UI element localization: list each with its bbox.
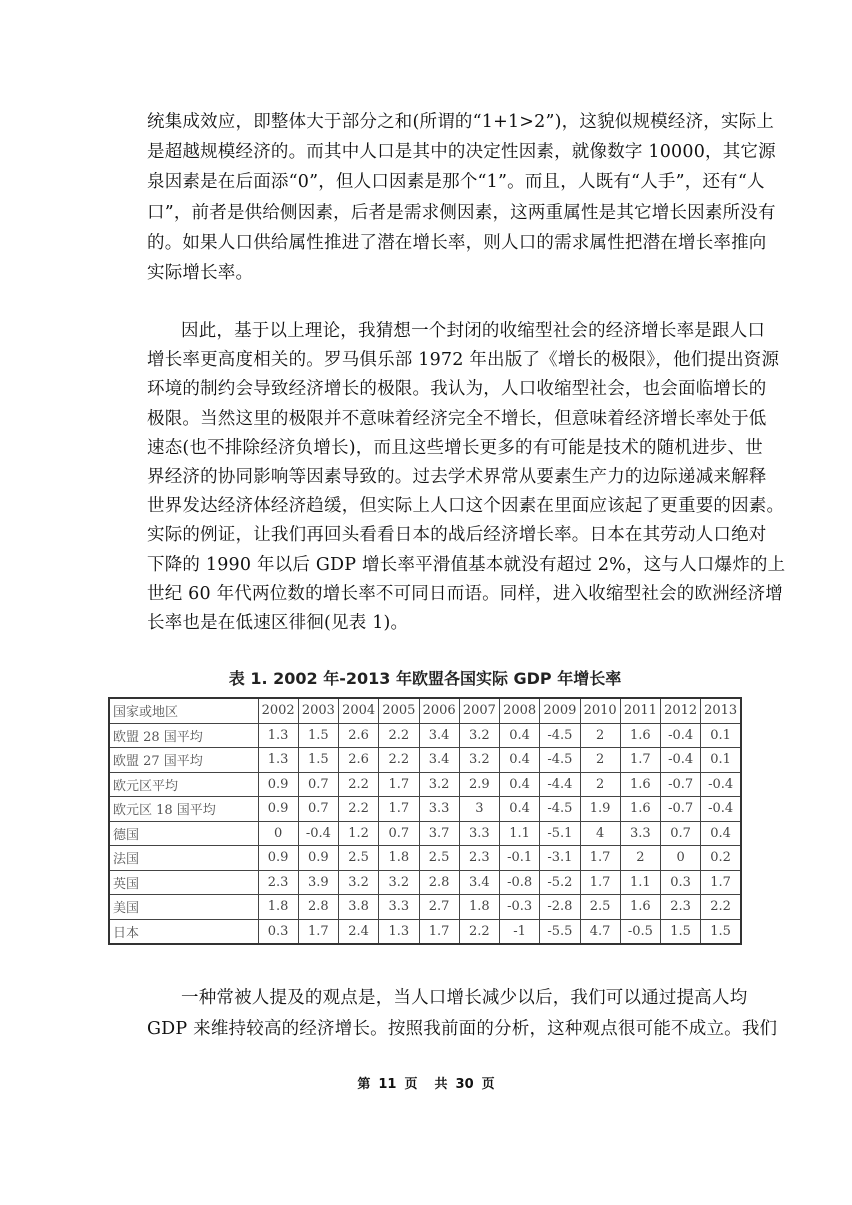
table-cell: 4.7: [580, 919, 620, 944]
table-cell: 0.4: [701, 821, 741, 846]
row-label: 欧盟 27 国平均: [109, 748, 258, 773]
table-cell: 2.5: [580, 895, 620, 920]
table-cell: 2: [580, 748, 620, 773]
table-cell: -0.7: [661, 797, 701, 822]
table-cell: 1.7: [298, 919, 338, 944]
table-row: 欧元区平均0.90.72.21.73.22.90.4-4.421.6-0.7-0…: [109, 772, 741, 797]
paragraph-line: 口”，前者是供给侧因素，后者是需求侧因素，这两重属性是其它增长因素所没有: [147, 202, 707, 224]
table-cell: 3.7: [419, 821, 459, 846]
table-row: 美国1.82.83.83.32.71.8-0.3-2.82.51.62.32.2: [109, 895, 741, 920]
table-cell: 3.4: [419, 748, 459, 773]
row-label: 美国: [109, 895, 258, 920]
header-cell-year: 2007: [459, 698, 499, 723]
table-cell: 2: [620, 846, 660, 871]
table-cell: 0: [661, 846, 701, 871]
header-cell-year: 2005: [379, 698, 419, 723]
table-cell: 1.6: [620, 895, 660, 920]
table-cell: 2.2: [339, 772, 379, 797]
table-cell: 1.5: [298, 748, 338, 773]
footer-total-prefix: 共: [435, 1077, 448, 1092]
table-cell: 0.3: [258, 919, 298, 944]
table-cell: -0.5: [620, 919, 660, 944]
table-cell: 0.9: [298, 846, 338, 871]
table-cell: 2.2: [379, 748, 419, 773]
row-label: 德国: [109, 821, 258, 846]
table-cell: 0.4: [500, 748, 540, 773]
table-cell: 0.7: [661, 821, 701, 846]
table-cell: 0.4: [500, 723, 540, 748]
table-cell: 1.5: [661, 919, 701, 944]
table-cell: -5.5: [540, 919, 580, 944]
table-row: 欧盟 27 国平均1.31.52.62.23.43.20.4-4.521.7-0…: [109, 748, 741, 773]
table-cell: 2.4: [339, 919, 379, 944]
table-cell: 0.7: [379, 821, 419, 846]
paragraph-line: 实际增长率。: [147, 262, 707, 284]
table-cell: 3: [459, 797, 499, 822]
row-label: 日本: [109, 919, 258, 944]
table-cell: 0.9: [258, 772, 298, 797]
table-cell: -4.5: [540, 748, 580, 773]
table-cell: -4.5: [540, 723, 580, 748]
table-cell: -0.3: [500, 895, 540, 920]
table-cell: 2.3: [661, 895, 701, 920]
table-cell: 0.4: [500, 772, 540, 797]
table-cell: 1.5: [701, 919, 741, 944]
table-cell: 3.9: [298, 870, 338, 895]
table-cell: 0.2: [701, 846, 741, 871]
table-cell: 2.2: [459, 919, 499, 944]
table-cell: 3.4: [419, 723, 459, 748]
paragraph-line: 世纪 60 年代两位数的增长率不可同日而语。同样，进入收缩型社会的欧洲经济增: [147, 583, 707, 605]
table-cell: 0.4: [500, 797, 540, 822]
table-cell: -3.1: [540, 846, 580, 871]
table-cell: 2: [580, 772, 620, 797]
header-cell-year: 2008: [500, 698, 540, 723]
paragraph-line: 一种常被人提及的观点是，当人口增长减少以后，我们可以通过提高人均: [181, 987, 741, 1009]
paragraph-line: 环境的制约会导致经济增长的极限。我认为，人口收缩型社会，也会面临增长的: [147, 378, 707, 400]
table-cell: -0.8: [500, 870, 540, 895]
paragraph-line: 泉因素是在后面添“0”，但人口因素是那个“1”。而且，人既有“人手”，还有“人: [147, 171, 707, 193]
table-cell: 2.2: [379, 723, 419, 748]
table-cell: -0.1: [500, 846, 540, 871]
table-row: 法国0.90.92.51.82.52.3-0.1-3.11.7200.2: [109, 846, 741, 871]
row-label: 欧元区平均: [109, 772, 258, 797]
header-cell-year: 2004: [339, 698, 379, 723]
table-row: 欧盟 28 国平均1.31.52.62.23.43.20.4-4.521.6-0…: [109, 723, 741, 748]
table-cell: 0: [258, 821, 298, 846]
table-cell: 2.6: [339, 748, 379, 773]
table-cell: 2.3: [459, 846, 499, 871]
table-cell: 1.7: [580, 870, 620, 895]
table-cell: 1.8: [258, 895, 298, 920]
table-cell: 2.3: [258, 870, 298, 895]
paragraph-line: GDP 来维持较高的经济增长。按照我前面的分析，这种观点很可能不成立。我们: [147, 1018, 707, 1040]
table-cell: 3.3: [419, 797, 459, 822]
header-cell-year: 2009: [540, 698, 580, 723]
table-cell: 3.2: [339, 870, 379, 895]
table-cell: 3.2: [459, 748, 499, 773]
page-number: 11: [378, 1077, 396, 1092]
paragraph-line: 极限。当然这里的极限并不意味着经济完全不增长，但意味着经济增长率处于低: [147, 408, 707, 430]
table-caption: 表 1. 2002 年-2013 年欧盟各国实际 GDP 年增长率: [108, 666, 742, 689]
paragraph-line: 统集成效应，即整体大于部分之和(所谓的“1+1>2”)，这貌似规模经济，实际上: [147, 111, 707, 133]
header-cell-year: 2003: [298, 698, 338, 723]
paragraph-line: 长率也是在低速区徘徊(见表 1)。: [147, 612, 707, 634]
table-cell: 1.7: [620, 748, 660, 773]
paragraph-line: 界经济的协同影响等因素导致的。过去学术界常从要素生产力的边际递减来解释: [147, 466, 707, 488]
table-cell: 1.7: [379, 797, 419, 822]
row-label: 英国: [109, 870, 258, 895]
table-cell: 3.3: [379, 895, 419, 920]
table-header-row: 国家或地区20022003200420052006200720082009201…: [109, 698, 741, 723]
table-cell: 2.9: [459, 772, 499, 797]
header-cell-year: 2010: [580, 698, 620, 723]
table-cell: 1.6: [620, 797, 660, 822]
table-row: 欧元区 18 国平均0.90.72.21.73.330.4-4.51.91.6-…: [109, 797, 741, 822]
table-row: 德国0-0.41.20.73.73.31.1-5.143.30.70.4: [109, 821, 741, 846]
paragraph-line: 增长率更高度相关的。罗马俱乐部 1972 年出版了《增长的极限》，他们提出资源: [147, 349, 707, 371]
paragraph-line: 因此，基于以上理论，我猜想一个封闭的收缩型社会的经济增长率是跟人口: [181, 320, 741, 342]
footer-page-unit: 页: [404, 1077, 417, 1092]
table-cell: 3.2: [419, 772, 459, 797]
footer-total-unit: 页: [482, 1077, 495, 1092]
table-cell: 1.5: [298, 723, 338, 748]
table-cell: 3.2: [459, 723, 499, 748]
table-cell: 2.5: [339, 846, 379, 871]
table-cell: 1.7: [379, 772, 419, 797]
table-cell: 3.3: [620, 821, 660, 846]
table-cell: 2: [580, 723, 620, 748]
table-cell: 1.1: [620, 870, 660, 895]
table-cell: -0.4: [701, 772, 741, 797]
table-cell: 1.2: [339, 821, 379, 846]
table-cell: 2.6: [339, 723, 379, 748]
table-cell: 1.9: [580, 797, 620, 822]
table-cell: -0.4: [701, 797, 741, 822]
gdp-growth-table: 国家或地区20022003200420052006200720082009201…: [108, 697, 742, 945]
table-cell: 3.3: [459, 821, 499, 846]
footer-prefix: 第: [357, 1077, 370, 1092]
table-cell: 1.7: [701, 870, 741, 895]
table-cell: -5.2: [540, 870, 580, 895]
table-cell: 1.3: [379, 919, 419, 944]
table-cell: 1.7: [580, 846, 620, 871]
table-row: 日本0.31.72.41.31.72.2-1-5.54.7-0.51.51.5: [109, 919, 741, 944]
table-cell: 2.7: [419, 895, 459, 920]
header-cell-region: 国家或地区: [109, 698, 258, 723]
table-cell: 0.1: [701, 748, 741, 773]
table-cell: -5.1: [540, 821, 580, 846]
table-cell: 1.8: [459, 895, 499, 920]
total-pages: 30: [456, 1077, 474, 1092]
table-cell: 0.9: [258, 846, 298, 871]
table-cell: 0.9: [258, 797, 298, 822]
table-cell: -2.8: [540, 895, 580, 920]
table-cell: 1.3: [258, 748, 298, 773]
table-cell: 0.1: [701, 723, 741, 748]
row-label: 欧元区 18 国平均: [109, 797, 258, 822]
paragraph-line: 是超越规模经济的。而其中人口是其中的决定性因素，就像数字 10000，其它源: [147, 141, 707, 163]
table-cell: 2.2: [339, 797, 379, 822]
table-cell: 1.6: [620, 723, 660, 748]
header-cell-year: 2013: [701, 698, 741, 723]
table-cell: 0.3: [661, 870, 701, 895]
table-cell: 0.7: [298, 772, 338, 797]
table-cell: 3.4: [459, 870, 499, 895]
table-cell: 3.8: [339, 895, 379, 920]
table-cell: 0.7: [298, 797, 338, 822]
table-cell: -0.7: [661, 772, 701, 797]
header-cell-year: 2012: [661, 698, 701, 723]
paragraph-line: 下降的 1990 年以后 GDP 增长率平滑值基本就没有超过 2%，这与人口爆炸…: [147, 554, 707, 576]
table-row: 英国2.33.93.23.22.83.4-0.8-5.21.71.10.31.7: [109, 870, 741, 895]
header-cell-year: 2006: [419, 698, 459, 723]
page-footer: 第11页 共30页: [0, 1073, 852, 1092]
table-cell: 2.2: [701, 895, 741, 920]
header-cell-year: 2002: [258, 698, 298, 723]
paragraph-line: 速态(也不排除经济负增长)，而且这些增长更多的有可能是技术的随机进步、世: [147, 437, 707, 459]
table-cell: -0.4: [661, 748, 701, 773]
table-cell: 1.8: [379, 846, 419, 871]
table-cell: -1: [500, 919, 540, 944]
header-cell-year: 2011: [620, 698, 660, 723]
paragraph-line: 的。如果人口供给属性推进了潜在增长率，则人口的需求属性把潜在增长率推向: [147, 232, 707, 254]
row-label: 欧盟 28 国平均: [109, 723, 258, 748]
table-cell: 3.2: [379, 870, 419, 895]
paragraph-line: 实际的例证，让我们再回头看看日本的战后经济增长率。日本在其劳动人口绝对: [147, 524, 707, 546]
table-cell: -4.5: [540, 797, 580, 822]
table-cell: 1.1: [500, 821, 540, 846]
table-cell: 1.7: [419, 919, 459, 944]
table-cell: 1.3: [258, 723, 298, 748]
paragraph-line: 世界发达经济体经济趋缓，但实际上人口这个因素在里面应该起了更重要的因素。: [147, 495, 707, 517]
table-cell: -0.4: [661, 723, 701, 748]
table-cell: 1.6: [620, 772, 660, 797]
table-cell: 2.5: [419, 846, 459, 871]
table-cell: 4: [580, 821, 620, 846]
table-cell: -0.4: [298, 821, 338, 846]
table-cell: 2.8: [298, 895, 338, 920]
table-cell: 2.8: [419, 870, 459, 895]
table-cell: -4.4: [540, 772, 580, 797]
row-label: 法国: [109, 846, 258, 871]
